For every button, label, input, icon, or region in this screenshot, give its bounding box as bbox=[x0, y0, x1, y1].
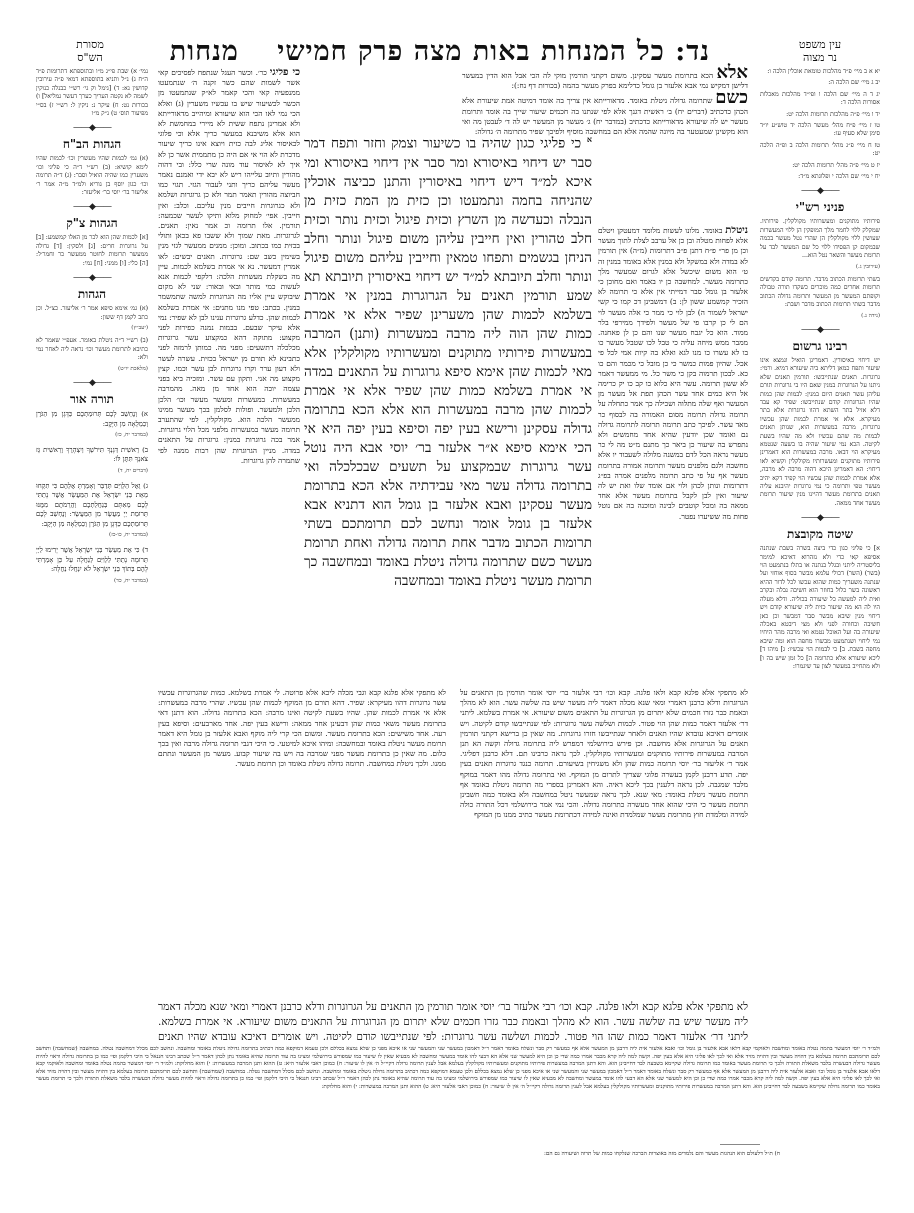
pnei-rashi-body: פירותיו מתוקנים ומעשרותיו מקולקלין. פירו… bbox=[760, 218, 880, 259]
masoret-hashas-label: מסורת הש"ס bbox=[60, 38, 120, 64]
torah-or-section: א) וְנֶחְשַׁב לָכֶם תְּרוּמַתְכֶם כַּדָּ… bbox=[36, 410, 148, 587]
ein-mishpat-entry: טו ז מיי׳ פ״ח מהל׳ מעשר הלכה יד טוש״ע יו… bbox=[760, 122, 880, 139]
rashi-top-block: אלא הכא בתרומת מעשר עסקינן. משום דקתני ת… bbox=[462, 68, 748, 137]
pnei-rashi-title: פניני רש"י bbox=[760, 200, 880, 215]
footnotes-block: ולמ״ד ר׳ יוסי דמעשר בהמה נטלה באומד ומחש… bbox=[36, 1046, 880, 1141]
right-margin-column: יא א ב מיי׳ פ״ד מהלכות טומאת אוכלין הלכה… bbox=[760, 68, 880, 671]
source-ref: (במדבר יח, כו-כז) bbox=[36, 531, 148, 541]
rashi-continuation: לא מתפקי אלא פלגא קבא ולאו פלגה. קבא וכו… bbox=[460, 688, 748, 998]
ein-mishpat-entry: יד ו מיי׳ פ״ה מהלכות תרומות הלכה יט: bbox=[760, 111, 880, 119]
hagahot-note: (א) גמ׳ אימא סיפא אמר ר׳ אליעזר. כצ״ל. ו… bbox=[36, 305, 148, 320]
ornament-divider bbox=[36, 124, 148, 133]
source-ref: (במדבר יח, כז) bbox=[36, 431, 148, 441]
source-ref: (מלאכת יו״ט) bbox=[36, 365, 148, 373]
last-footnote: ח) ת״ל דלעולם הוא הנהגות מעשר והם נלמדים… bbox=[430, 1150, 780, 1158]
ornament-divider bbox=[36, 203, 148, 212]
masoret-hashas-text: נמי׳ א) שבת פי״ג מ״ו ובתוספתא דתרומות פ״… bbox=[36, 68, 148, 118]
shita-mekubetzet-text: א] כי פליגי כגון כדי ביצה בשרה בשבת שנתנ… bbox=[760, 545, 880, 671]
rabbenu-gershom-title: רבינו גרשום bbox=[760, 339, 880, 354]
torah-or-verse: ג) וְאֶל הַלְוִיִּם תְּדַבֵּר וְאָמַרְתָ… bbox=[36, 482, 148, 530]
rashi-dibur-hamatchil: ניטלת bbox=[725, 226, 748, 236]
ornament-divider bbox=[760, 187, 880, 196]
page-header-title: נד: כל המנחות באות מצה פרק חמישי מנחות bbox=[290, 36, 710, 67]
hagahot-bach-text: (א) גמ׳ לכמות שהיו מעשרין וכו׳ לכמות שהי… bbox=[36, 155, 148, 197]
source-ref: (יעב״ץ) bbox=[36, 324, 148, 332]
rashi-top-line1: הכא בתרומת מעשר עסקינן. משום דקתני תורמי… bbox=[462, 71, 748, 90]
shita-mekubetzet-title: שיטה מקובצת bbox=[760, 527, 880, 542]
gemara-body: כגון שהיה בו כשיעור וצמק וחזר ותפח דמר ס… bbox=[304, 136, 592, 589]
rashi-column: ניטלת באומד. מלונו לעשות מלומד דמעטקן וי… bbox=[598, 226, 748, 686]
ein-mishpat-entry: טז ח מיי׳ פ״ג מהל׳ תרומות הלכה ב ופ״ה הל… bbox=[760, 142, 880, 159]
gemara-main-text: א כי פליגי כגון שהיה בו כשיעור וצמק וחזר… bbox=[304, 130, 592, 675]
ein-mishpat-entry: יא א ב מיי׳ פ״ד מהלכות טומאת אוכלין הלכה… bbox=[760, 68, 880, 76]
ornament-divider bbox=[36, 379, 148, 388]
ornament-divider bbox=[760, 326, 880, 335]
ornament-divider bbox=[36, 274, 148, 283]
hagahot-bach-title: הגהות הב"ח bbox=[36, 137, 148, 152]
source-ref: (במדבר יח, כד) bbox=[36, 577, 148, 587]
rashi-lead-word-2: כשם bbox=[715, 87, 748, 108]
tractate-name: מנחות bbox=[170, 36, 239, 67]
ein-mishpat-entry: יז ט מיי׳ פ״ה מהל׳ תרומות הלכה יט: bbox=[760, 162, 880, 170]
bottom-wide-commentary: לא מתפקי אלא פלגא קבא ולאו פלגה. קבא וכו… bbox=[158, 1000, 748, 1040]
page-marker: נד: bbox=[675, 36, 710, 67]
rashi-text: באומד. מלונו לעשות מלומד דמעטקן ויטלם אל… bbox=[598, 226, 748, 521]
torah-or-verse: א) וְנֶחְשַׁב לָכֶם תְּרוּמַתְכֶם כַּדָּ… bbox=[36, 410, 148, 429]
ein-mishpat-entry: יח י מיי׳ שם הלכה י ופלוגתא מ״ד: bbox=[760, 173, 880, 181]
hagahot-note: (ב) רש״י ד״ה ניטלת באומר. אעפ״י שאמר לא … bbox=[36, 337, 148, 361]
pnei-rashi-body-2: בשתי תרומות הכתוב מדבר. תרומה קודם בקדשי… bbox=[760, 276, 880, 308]
label-line: נר מצוה bbox=[790, 51, 850, 64]
ein-mishpat-entry: יב ג מיי׳ שם הלכה ה: bbox=[760, 79, 880, 87]
pnei-rashi-text: פירותיו מתוקנים ומעשרותיו מקולקלין. פירו… bbox=[760, 218, 880, 319]
label-line: עין משפט bbox=[790, 38, 850, 51]
footnote-divider bbox=[720, 1144, 760, 1145]
ein-mishpat-section: יא א ב מיי׳ פ״ד מהלכות טומאת אוכלין הלכה… bbox=[760, 68, 880, 181]
label-line: הש"ס bbox=[60, 51, 120, 64]
hagahot-title: הגהות bbox=[36, 287, 148, 302]
gemara-lead: כי פליגי bbox=[535, 136, 582, 152]
ein-mishpat-entry: יג ד ה מיי׳ שם הלכה ו ופי״ד מהלכות מאכלו… bbox=[760, 91, 880, 108]
tosafot-continuation: לא מתפקי אלא פלגא קבא וגבי מכלה ליכא אלא… bbox=[158, 688, 446, 998]
chapter-title: כל המנחות באות מצה פרק חמישי bbox=[277, 36, 665, 67]
torah-or-verse: ד) כִּי אֶת מַעְשַׂר בְּנֵי יִשְׂרָאֵל א… bbox=[36, 546, 148, 575]
tosafot-cont-text: לא מתפקי אלא פלגא קבא וגבי מכלה ליכא אלא… bbox=[158, 688, 446, 768]
rashi-cont-text: לא מתפקי אלא פלגא קבא ולאו פלגה. קבא וכו… bbox=[460, 688, 748, 819]
footnote-marker: א bbox=[587, 134, 592, 144]
label-line: מסורת bbox=[60, 38, 120, 51]
tosafot-dibur-hamatchil: כי פליגי bbox=[270, 68, 300, 78]
bottom-commentary-tail: לא מתפקי אלא פלגא קבא ולאו פלגה. קבא וכו… bbox=[158, 1001, 748, 1040]
left-margin-column: נמי׳ א) שבת פי״ג מ״ו ובתוספתא דתרומות פ״… bbox=[36, 68, 148, 591]
torah-or-title: תורה אור bbox=[36, 392, 148, 407]
hagahot-tzk-text: [א] לכמות שהן הוא לכר מן האלו קמשמע: [ב]… bbox=[36, 234, 148, 268]
torah-or-verse: ב) רֵאשִׁית דְּגָנְךָ תִּירֹשְׁךָ וְיִצְ… bbox=[36, 446, 148, 465]
ornament-divider bbox=[760, 514, 880, 523]
ein-mishpat-label: עין משפט נר מצוה bbox=[790, 38, 850, 64]
hagahot-tzk-title: הגהות צ"ק bbox=[36, 216, 148, 231]
tosafot-column: כי פליגי כר׳. וכשר העגל שנתפח לפסיכים קא… bbox=[158, 68, 300, 688]
hagahot-text: (א) גמ׳ אימא סיפא אמר ר׳ אליעזר. כצ״ל. ו… bbox=[36, 305, 148, 373]
source-ref: (נידה נ.) bbox=[760, 312, 880, 320]
source-ref: (דברים יח, ד) bbox=[36, 467, 148, 477]
rashi-lead-word: אלא bbox=[716, 62, 748, 83]
source-ref: (עירובין ג.) bbox=[760, 263, 880, 271]
tosafot-text: כר׳. וכשר העגל שנתפח לפסיכים קאי אשר לשמ… bbox=[158, 68, 300, 465]
rabbenu-gershom-text: יש דיחוי באיסורין. דאמרינן הואיל ונמצא א… bbox=[760, 357, 880, 508]
